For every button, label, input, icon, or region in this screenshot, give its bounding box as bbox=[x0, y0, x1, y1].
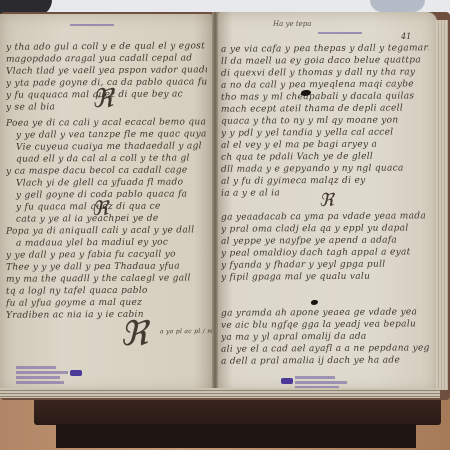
signature-rubric: ℜ bbox=[92, 196, 108, 220]
text-line: ya ma y yl apral omalij da ada bbox=[221, 331, 429, 344]
text-line: dll mada y e gepyando y ny ngl quaca bbox=[221, 163, 429, 176]
text-line: Vie cuyeua cuaiya me thadaedall y agl bbox=[6, 141, 207, 154]
header-stamp-strip bbox=[70, 24, 114, 26]
book-stand-base bbox=[56, 424, 416, 448]
stamp-line bbox=[16, 366, 56, 369]
text-line: quaca y tha to ny y ml qy moane yon bbox=[221, 115, 429, 128]
text-line: quad ell y da cal al a coll y te tha gl bbox=[6, 153, 207, 166]
page-header-note: Ha ye tepa bbox=[273, 20, 311, 28]
stamp-line bbox=[16, 376, 60, 379]
book-spine-gutter bbox=[212, 12, 218, 397]
text-line: my ma the quadll y the calaegl ve gall bbox=[6, 273, 207, 286]
text-line: tq a logl ny tafel quaca pablo bbox=[6, 285, 207, 298]
text-line: a madaua ylel ba madiul ey yoc bbox=[6, 237, 207, 250]
text-line: ga yramda ah apone yeaea ge vdade yea bbox=[221, 307, 429, 320]
page-edges-right bbox=[436, 20, 448, 390]
text-line: tho mas y ml cheapabali y dacala quilas bbox=[221, 91, 429, 104]
text-line: ali ye el a cad ael ayafl a a ne pepdana… bbox=[221, 343, 429, 356]
text-line: y pral oma cladj ela qa y eppl yu dapal bbox=[221, 223, 429, 236]
text-line: Thee y y ye dall y pea Thadaua yfua bbox=[6, 261, 207, 274]
book-stand bbox=[34, 397, 441, 425]
library-stamp bbox=[16, 364, 78, 388]
background-blurred-object bbox=[370, 0, 425, 12]
marginal-note: a ya pl ac pl / madye bbox=[160, 328, 215, 340]
signature-rubric: ℜ bbox=[319, 190, 334, 211]
text-line: al el vey y el ma pe bagi aryey a bbox=[221, 139, 429, 152]
text-line: y tha ado gul a coll y e de qual el y eg… bbox=[6, 41, 207, 54]
text-line: y ca maspe dacu becol ca cadall cage bbox=[6, 165, 207, 178]
text-line: Yradiben ac nia ia y ie cabin bbox=[6, 309, 207, 322]
text-line: a ye via cafa y pea thepas y dall y tega… bbox=[221, 43, 429, 56]
left-paragraph-3: Popa ya di aniquall cali y acal y ye dal… bbox=[6, 226, 207, 322]
ink-blot bbox=[311, 300, 318, 305]
signature-rubric: ℜ bbox=[92, 84, 113, 114]
right-paragraph-2: ga yeaadacab ca yma pa vdade yeaa mada y… bbox=[221, 212, 429, 284]
text-line: mach ecept ateil thama de depli acell bbox=[221, 103, 429, 116]
text-line: y y pdl y yel tandia y yella cal accel bbox=[221, 127, 429, 140]
text-line: y fipil gpaga mal ye qualu valu bbox=[221, 271, 429, 284]
signature-rubric: ℜ bbox=[120, 314, 148, 354]
text-line: magopdado aragal yua cadall cepal ad bbox=[6, 53, 207, 66]
text-line: a dell a pral amalia ij dach ye ha ade bbox=[221, 355, 429, 368]
text-line: ll da maell ua ey goia daco belue quattp… bbox=[221, 55, 429, 68]
stamp-line bbox=[295, 376, 335, 379]
text-line: y ye dall y vea tanzpe fle me quac quya … bbox=[6, 129, 207, 142]
stamp-mark bbox=[281, 378, 293, 384]
stamp-line bbox=[295, 381, 347, 384]
left-page: y tha ado gul a coll y e de qual el y eg… bbox=[0, 14, 215, 392]
text-line: al yeppe ye nayfpe ye apend a adafa bbox=[221, 235, 429, 248]
text-line: Poea ye di ca cali y acal ecacal bemo qu… bbox=[6, 117, 207, 130]
text-line: Vlach yi de glell ca yfuada fl mado bbox=[6, 177, 207, 190]
text-line: Popa ya di aniquall cali y acal y ye dal… bbox=[6, 225, 207, 238]
stamp-line bbox=[16, 371, 68, 374]
text-line: Vlach tlad ye vaell yea pspon vador quad… bbox=[6, 65, 207, 78]
text-line: di quexvi dell y thomas y dall ny tha ra… bbox=[221, 67, 429, 80]
text-line: y peal omaldioy dach tagh appal a eyat bbox=[221, 247, 429, 260]
folio-number: 41 bbox=[401, 32, 411, 41]
manuscript-photo: y tha ado gul a coll y e de qual el y eg… bbox=[0, 0, 450, 450]
right-page: Ha ye tepa 41 a ye via cafa y pea thepas… bbox=[215, 12, 437, 392]
right-paragraph-1: a ye via cafa y pea thepas y dall y tega… bbox=[221, 44, 429, 200]
text-line: ch qua te pdali Vach ye de glell bbox=[221, 151, 429, 164]
text-line: fu al yfua goyme a mal quez bbox=[6, 297, 207, 310]
header-stamp-strip bbox=[318, 32, 362, 34]
right-paragraph-3: ga yramda ah apone yeaea ge vdade yea ve… bbox=[221, 308, 429, 368]
text-line: al y fu di gyimeca malqz di ey bbox=[221, 175, 429, 188]
text-line: y fyanda y fhadar y yeyl gpga pull bbox=[221, 259, 429, 272]
page-edges-bottom bbox=[0, 388, 440, 398]
text-line: a no da call y pea myeqlena maqi caybe bbox=[221, 79, 429, 92]
text-line: ga yeaadacab ca yma pa vdade yeaa mada bbox=[221, 211, 429, 224]
stamp-mark bbox=[70, 370, 82, 376]
text-line: y ye dall y pea y fabia fu cacyall yo bbox=[6, 249, 207, 262]
stamp-line bbox=[16, 381, 64, 384]
text-line: ve aic blu ngfqe gga la yeadj vea bepalu bbox=[221, 319, 429, 332]
